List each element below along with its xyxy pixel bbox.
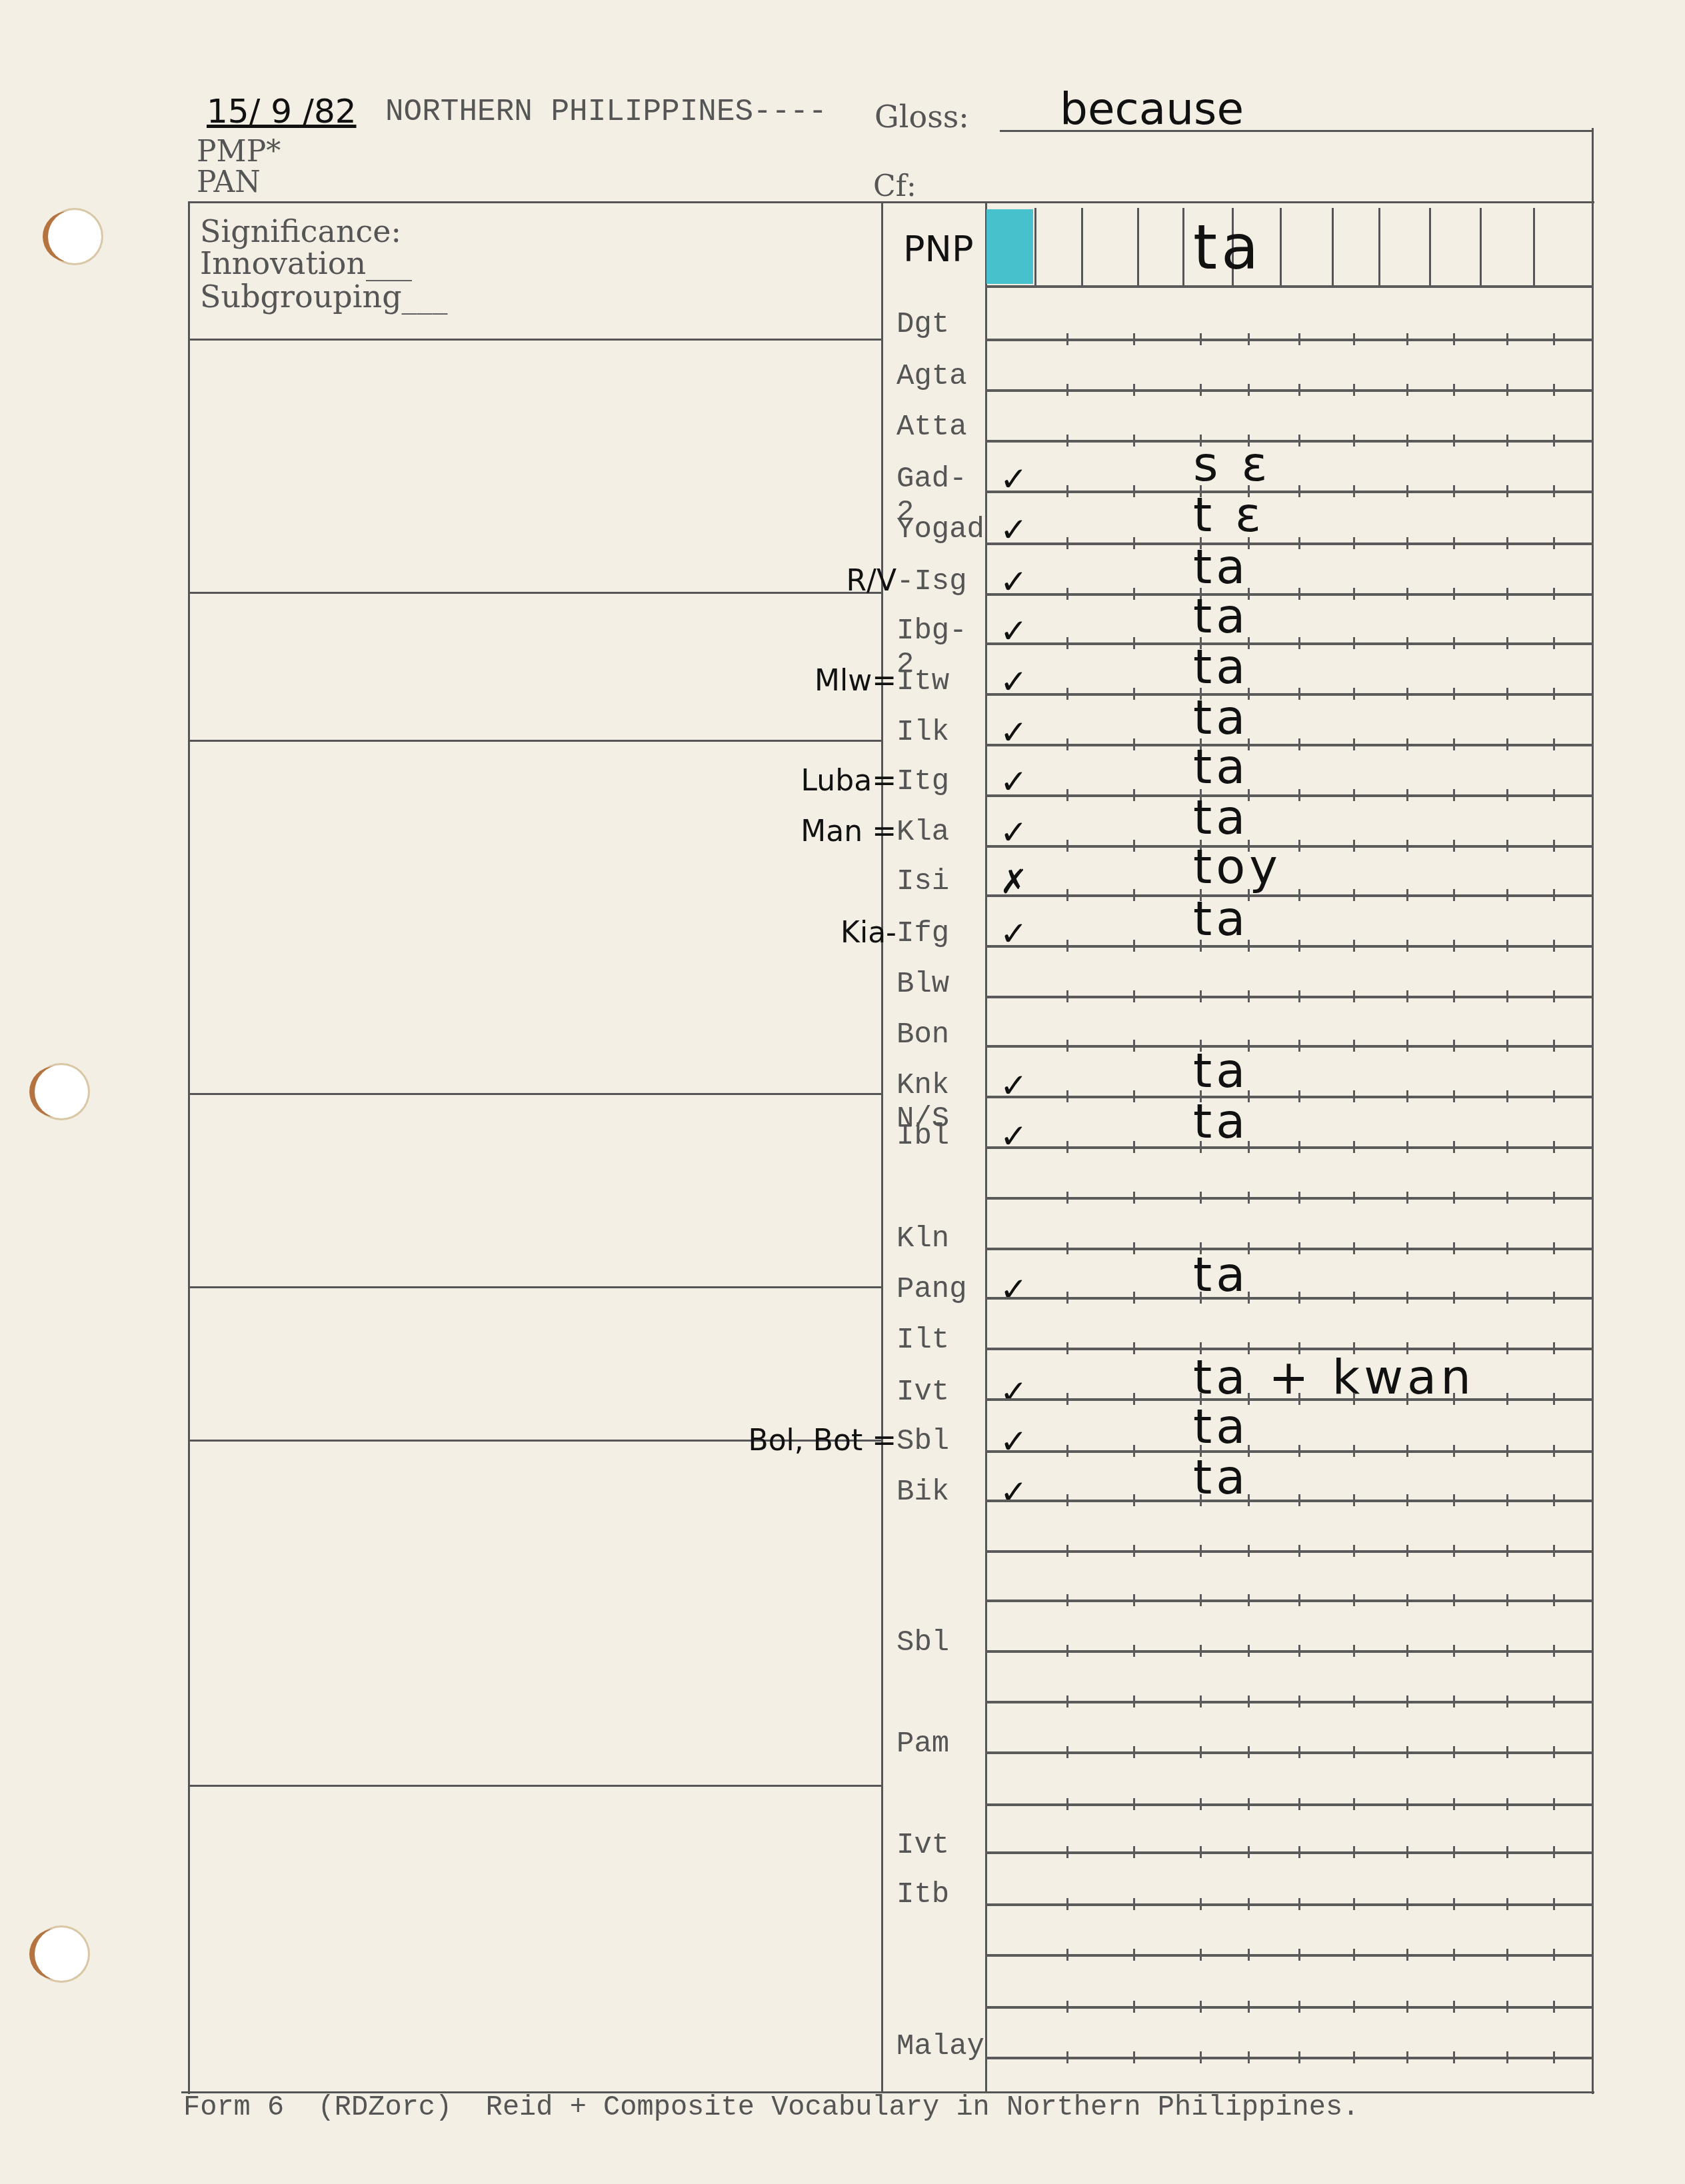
row-tick [1066,1040,1068,1052]
row-tick [1453,688,1455,700]
row-tick [1353,1695,1355,1707]
row-tick [1200,1545,1202,1557]
row-tick [1453,1798,1455,1810]
row-tick [1133,1292,1135,1304]
row-tick [1506,1594,1508,1606]
row-tick [1298,1445,1300,1457]
row-tick [1553,1949,1555,1961]
row-line [985,440,1593,443]
row-tick [1200,990,1202,1002]
row-tick [1066,738,1068,750]
section-divider [188,1785,881,1787]
gloss-underline [1000,130,1593,132]
language-label: Ilk [896,716,983,749]
innovation-label[interactable]: Innovation___ [200,245,412,281]
language-label: Isi [896,865,983,898]
row-tick [1353,2001,1355,2013]
row-tick [1248,1846,1250,1858]
row-line [985,1954,1593,1957]
row-tick [1066,1090,1068,1102]
proto-cell-divider [1332,208,1334,287]
row-tick [1066,435,1068,447]
row-tick [1200,333,1202,345]
row-tick [1298,1846,1300,1858]
proto-cell-divider [1034,208,1036,287]
row-tick [1506,1545,1508,1557]
language-label: Ifg [896,917,983,950]
row-line [985,1803,1593,1806]
row-tick [1406,435,1408,447]
row-line [985,491,1593,493]
row-tick [1133,1192,1135,1204]
row-tick [1133,1393,1135,1405]
row-tick [1353,1494,1355,1506]
row-tick [1298,789,1300,801]
row-tick [1133,1141,1135,1153]
gloss-label: Gloss: [874,99,969,135]
reflex-form[interactable]: ta [1193,890,1249,946]
row-tick [1553,1292,1555,1304]
row-tick [1066,1645,1068,1657]
language-label: Dgt [896,308,983,341]
row-tick [1133,1645,1135,1657]
row-tick [1298,333,1300,345]
punch-hole-middle [35,1065,88,1118]
reflex-form[interactable]: s ɛ [1193,436,1271,492]
row-line [985,642,1593,645]
row-tick [1506,1898,1508,1910]
row-tick [1553,1746,1555,1758]
row-tick [1133,1746,1135,1758]
row-tick [1248,333,1250,345]
row-tick [1248,1141,1250,1153]
row-tick [1506,1242,1508,1254]
pmp-label: PMP* [197,135,281,169]
row-tick [1133,2051,1135,2063]
row-tick [1553,1141,1555,1153]
row-tick [1406,384,1408,396]
row-tick [1200,1898,1202,1910]
row-tick [1353,889,1355,901]
row-tick [1553,384,1555,396]
reflex-form[interactable]: ta [1193,789,1249,845]
row-tick [1353,1090,1355,1102]
reflex-form[interactable]: ta [1193,638,1249,694]
row-tick [1553,588,1555,600]
proto-cell-divider [1280,208,1282,287]
row-tick [1200,2001,1202,2013]
row-tick [1453,1746,1455,1758]
row-tick [1248,1594,1250,1606]
row-line [985,1398,1593,1401]
row-tick [1453,333,1455,345]
row-tick [1553,1445,1555,1457]
check-mark[interactable]: ✓ [1000,1066,1028,1105]
row-tick [1353,840,1355,852]
row-tick [1453,1695,1455,1707]
row-tick [1298,485,1300,497]
row-line [985,389,1593,392]
row-line [985,1248,1593,1250]
row-tick [1553,840,1555,852]
row-tick [1298,1949,1300,1961]
language-note: Kia- [841,916,896,950]
row-tick [1453,637,1455,649]
row-tick [1248,1898,1250,1910]
row-tick [1453,537,1455,549]
row-tick [1353,537,1355,549]
row-tick [1133,537,1135,549]
row-tick [1406,1090,1408,1102]
proto-cell-divider [1429,208,1431,287]
language-label: -Isg [896,565,983,598]
language-label: Sbl [896,1626,983,1659]
language-label: Ivt [896,1376,983,1409]
row-tick [1066,1746,1068,1758]
row-tick [1406,1393,1408,1405]
row-tick [1133,485,1135,497]
row-tick [1298,1594,1300,1606]
reflex-form[interactable]: t ɛ [1193,487,1265,543]
proto-form[interactable]: ta [1193,212,1262,283]
row-tick [1406,637,1408,649]
subgrouping-label[interactable]: Subgrouping___ [200,279,448,315]
row-tick [1553,688,1555,700]
row-tick [1353,789,1355,801]
row-tick [1453,2051,1455,2063]
row-tick [1066,588,1068,600]
row-line [985,1146,1593,1149]
row-tick [1406,1445,1408,1457]
row-line [985,1650,1593,1653]
language-label: Malay [896,2030,983,2063]
reflex-form[interactable]: ta [1193,588,1249,644]
row-tick [1248,1798,1250,1810]
language-label: Ivt [896,1829,983,1862]
row-line [985,1297,1593,1300]
row-line [985,794,1593,797]
row-tick [1248,1292,1250,1304]
row-tick [1066,789,1068,801]
check-mark[interactable]: ✓ [1000,1373,1028,1412]
row-tick [1066,1798,1068,1810]
row-line [985,1045,1593,1048]
section-divider [188,740,881,742]
check-mark[interactable]: ✓ [1000,1117,1028,1156]
row-tick [1453,1090,1455,1102]
row-tick [1506,1494,1508,1506]
row-tick [1353,1746,1355,1758]
row-tick [1200,1645,1202,1657]
row-tick [1553,1846,1555,1858]
row-tick [1453,889,1455,901]
row-tick [1453,990,1455,1002]
language-label: Ibl [896,1120,983,1153]
row-tick [1353,485,1355,497]
row-tick [1406,688,1408,700]
row-tick [1133,940,1135,952]
row-tick [1553,485,1555,497]
frame-top [188,201,1594,203]
row-tick [1453,485,1455,497]
row-tick [1453,1393,1455,1405]
row-tick [1506,1846,1508,1858]
row-tick [1506,789,1508,801]
language-label: Pam [896,1727,983,1761]
row-tick [1353,1949,1355,1961]
row-tick [1133,1494,1135,1506]
language-label: Itw [896,665,983,698]
row-tick [1353,990,1355,1002]
language-label: Agta [896,360,983,393]
proto-highlight [986,209,1033,284]
proto-cell-divider [1081,208,1083,287]
row-tick [1298,1645,1300,1657]
row-line [985,1500,1593,1502]
row-tick [1553,2051,1555,2063]
row-tick [1453,789,1455,801]
row-tick [1298,588,1300,600]
row-tick [1553,2001,1555,2013]
check-mark[interactable]: ✓ [1000,1270,1028,1309]
row-tick [1506,2051,1508,2063]
row-tick [1406,1494,1408,1506]
row-tick [1453,738,1455,750]
row-tick [1406,1695,1408,1707]
row-tick [1298,738,1300,750]
row-tick [1553,1192,1555,1204]
row-tick [1406,1545,1408,1557]
row-tick [1553,889,1555,901]
reflex-form[interactable]: toy [1193,838,1282,894]
row-tick [1298,2001,1300,2013]
row-tick [1133,889,1135,901]
row-tick [1406,990,1408,1002]
row-tick [1248,1949,1250,1961]
row-tick [1133,1090,1135,1102]
proto-cell-divider [1378,208,1380,287]
row-tick [1353,1141,1355,1153]
language-label: Atta [896,411,983,444]
row-tick [1298,1141,1300,1153]
row-tick [1133,2001,1135,2013]
row-tick [1248,1746,1250,1758]
row-tick [1200,384,1202,396]
row-line [985,593,1593,596]
section-divider [188,1093,881,1095]
row-tick [1066,990,1068,1002]
language-label: Kln [896,1222,983,1256]
row-tick [1453,1494,1455,1506]
row-tick [1066,1393,1068,1405]
row-tick [1298,637,1300,649]
row-tick [1406,738,1408,750]
row-tick [1506,1645,1508,1657]
frame-right [1592,128,1594,2094]
row-tick [1506,990,1508,1002]
row-line [985,945,1593,948]
row-tick [1353,637,1355,649]
language-label: Bik [896,1476,983,1509]
row-tick [1353,1192,1355,1204]
row-tick [1298,1545,1300,1557]
row-tick [1353,435,1355,447]
language-label: Yogad [896,513,983,546]
row-tick [1506,1192,1508,1204]
row-tick [1133,1695,1135,1707]
row-tick [1353,940,1355,952]
row-tick [1066,940,1068,952]
row-tick [1133,588,1135,600]
punch-hole-top [48,210,101,263]
row-line [985,1096,1593,1098]
row-tick [1298,435,1300,447]
row-tick [1453,1949,1455,1961]
language-note: Mlw= [815,664,896,698]
row-tick [1506,738,1508,750]
row-tick [1133,738,1135,750]
row-tick [1248,1494,1250,1506]
form-footer: Form 6 (RDZorc) Reid + Composite Vocabul… [183,2091,1359,2123]
row-tick [1200,1192,1202,1204]
row-tick [1200,1846,1202,1858]
row-line [985,1851,1593,1854]
reflex-form[interactable]: ta [1193,689,1249,745]
row-tick [1406,940,1408,952]
row-tick [1406,1898,1408,1910]
row-tick [1506,1695,1508,1707]
row-tick [1353,1292,1355,1304]
row-tick [1353,1545,1355,1557]
row-tick [1133,1949,1135,1961]
row-line [985,894,1593,897]
row-tick [1353,1594,1355,1606]
row-tick [1453,1141,1455,1153]
row-tick [1506,2001,1508,2013]
row-tick [1133,1040,1135,1052]
row-tick [1066,1242,1068,1254]
frame-left [188,201,190,2094]
row-tick [1506,889,1508,901]
row-tick [1506,1040,1508,1052]
row-tick [1453,435,1455,447]
row-tick [1553,738,1555,750]
row-tick [1298,537,1300,549]
row-tick [1066,1494,1068,1506]
row-tick [1453,1645,1455,1657]
date: 15/ 9 /82 [207,92,357,131]
row-tick [1133,1545,1135,1557]
row-tick [1298,1695,1300,1707]
row-tick [1133,1898,1135,1910]
row-tick [1353,1445,1355,1457]
row-tick [1066,840,1068,852]
language-label: Ilt [896,1324,983,1357]
row-tick [1066,2051,1068,2063]
row-tick [1406,789,1408,801]
row-tick [1553,1342,1555,1354]
row-tick [1453,1846,1455,1858]
row-tick [1406,1594,1408,1606]
row-tick [1353,1040,1355,1052]
row-tick [1406,840,1408,852]
row-tick [1200,1695,1202,1707]
row-tick [1506,637,1508,649]
row-tick [1506,1445,1508,1457]
gloss-value[interactable]: because [1060,83,1244,135]
row-tick [1553,637,1555,649]
row-tick [1066,1594,1068,1606]
reflex-form[interactable]: ta + kwan [1193,1349,1475,1405]
row-tick [1506,1141,1508,1153]
row-tick [1248,2051,1250,2063]
row-tick [1506,840,1508,852]
row-tick [1506,1798,1508,1810]
row-tick [1066,1846,1068,1858]
row-tick [1066,333,1068,345]
row-tick [1298,1040,1300,1052]
row-tick [1066,1192,1068,1204]
row-tick [1133,1798,1135,1810]
punch-hole-bottom [35,1927,88,1981]
row-tick [1066,1949,1068,1961]
row-tick [1553,990,1555,1002]
row-tick [1406,1192,1408,1204]
proto-label: PNP [903,228,974,270]
row-tick [1133,384,1135,396]
row-tick [1133,688,1135,700]
row-line [985,1197,1593,1200]
reflex-form[interactable]: ta [1193,738,1249,794]
row-line [985,693,1593,696]
row-tick [1406,1746,1408,1758]
section-divider [188,1286,881,1288]
row-tick [1066,1898,1068,1910]
row-tick [1406,1242,1408,1254]
language-label: Bon [896,1018,983,1052]
row-tick [1066,2001,1068,2013]
row-tick [1506,1090,1508,1102]
reflex-form[interactable]: ta [1193,539,1249,594]
row-tick [1406,1846,1408,1858]
row-tick [1453,1445,1455,1457]
row-tick [1553,1242,1555,1254]
row-tick [1248,940,1250,952]
row-tick [1553,1645,1555,1657]
check-mark[interactable]: ✓ [1000,1422,1028,1461]
row-tick [1506,588,1508,600]
row-tick [1506,333,1508,345]
row-tick [1298,940,1300,952]
row-line [985,543,1593,545]
row-tick [1133,1846,1135,1858]
cf-label: Cf: [873,169,916,203]
check-mark[interactable]: ✓ [1000,1473,1028,1512]
row-tick [1353,1846,1355,1858]
row-tick [1506,1393,1508,1405]
row-tick [1066,384,1068,396]
proto-cell-divider [1533,208,1535,287]
row-tick [1066,1445,1068,1457]
row-tick [1133,1242,1135,1254]
row-tick [1453,940,1455,952]
row-tick [1248,1695,1250,1707]
row-tick [1133,1445,1135,1457]
row-tick [1506,940,1508,952]
row-tick [1200,1141,1202,1153]
row-tick [1406,537,1408,549]
row-tick [1506,1949,1508,1961]
